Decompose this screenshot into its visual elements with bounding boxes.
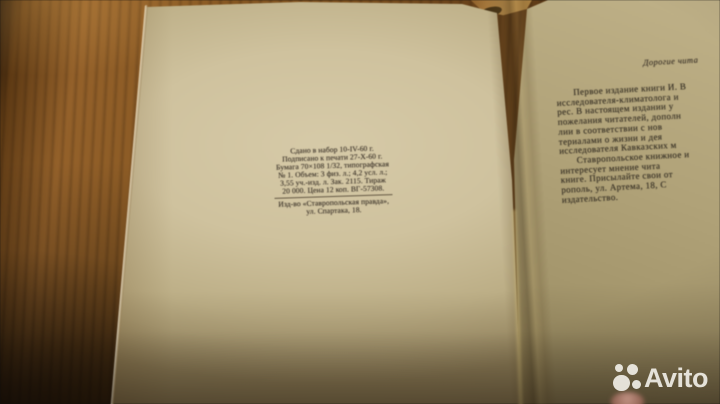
- colophon-block: Сдано в набор 10-IV-60 г. Подписано к пе…: [257, 144, 409, 217]
- right-page-text: Первое издание книги И. В исследователя-…: [556, 79, 720, 205]
- avito-watermark: Avito: [609, 361, 720, 395]
- photo-layer: Сдано в набор 10-IV-60 г. Подписано к пе…: [0, 0, 720, 404]
- avito-wordmark: Avito: [644, 363, 708, 393]
- book-photo: Сдано в набор 10-IV-60 г. Подписано к пе…: [0, 0, 720, 404]
